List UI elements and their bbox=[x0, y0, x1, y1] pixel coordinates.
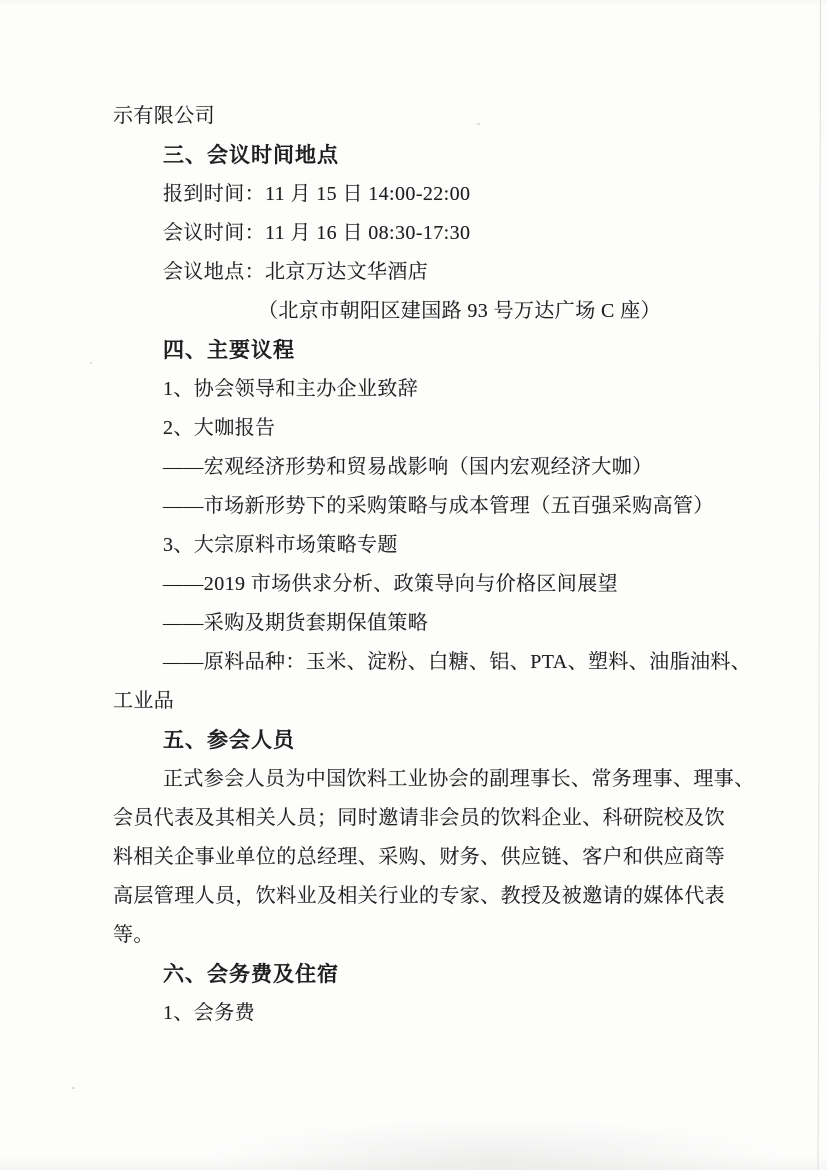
scan-speck bbox=[477, 123, 480, 125]
section-heading-4: 四、主要议程 bbox=[113, 331, 761, 370]
doc-line: ——采购及期货套期保值策略 bbox=[113, 604, 761, 643]
doc-line: 高层管理人员，饮料业及相关行业的专家、教授及被邀请的媒体代表 bbox=[113, 877, 761, 916]
scan-speck bbox=[72, 1087, 75, 1089]
doc-line: ——市场新形势下的采购策略与成本管理（五百强采购高管） bbox=[113, 487, 761, 526]
section-heading-6: 六、会务费及住宿 bbox=[113, 955, 761, 994]
doc-line: 工业品 bbox=[113, 682, 761, 721]
doc-line: 1、会务费 bbox=[113, 994, 761, 1033]
scan-speck bbox=[90, 362, 92, 364]
section-heading-3: 三、会议时间地点 bbox=[113, 136, 761, 175]
section-heading-5: 五、参会人员 bbox=[113, 721, 761, 760]
doc-line: ——宏观经济形势和贸易战影响（国内宏观经济大咖） bbox=[113, 448, 761, 487]
document-page: 示有限公司 三、会议时间地点 报到时间：11 月 15 日 14:00-22:0… bbox=[0, 0, 827, 1170]
document-content: 示有限公司 三、会议时间地点 报到时间：11 月 15 日 14:00-22:0… bbox=[113, 97, 761, 1033]
doc-line: ——原料品种：玉米、淀粉、白糖、铝、PTA、塑料、油脂油料、 bbox=[113, 643, 761, 682]
doc-line: 会员代表及其相关人员；同时邀请非会员的饮料企业、科研院校及饮 bbox=[113, 799, 761, 838]
doc-line: ——2019 市场供求分析、政策导向与价格区间展望 bbox=[113, 565, 761, 604]
doc-line: 正式参会人员为中国饮料工业协会的副理事长、常务理事、理事、 bbox=[113, 760, 761, 799]
doc-line: 1、协会领导和主办企业致辞 bbox=[113, 370, 761, 409]
scan-artifact-line bbox=[818, 0, 821, 1170]
doc-line: 会议时间：11 月 16 日 08:30-17:30 bbox=[113, 214, 761, 253]
doc-line: 料相关企事业单位的总经理、采购、财务、供应链、客户和供应商等 bbox=[113, 838, 761, 877]
doc-line: 报到时间：11 月 15 日 14:00-22:00 bbox=[113, 175, 761, 214]
doc-line-continuation: 示有限公司 bbox=[113, 97, 761, 136]
scan-speck bbox=[498, 317, 501, 319]
doc-line: 3、大宗原料市场策略专题 bbox=[113, 526, 761, 565]
doc-line: 等。 bbox=[113, 916, 761, 955]
doc-line: 会议地点：北京万达文华酒店 bbox=[113, 253, 761, 292]
doc-line: 2、大咖报告 bbox=[113, 409, 761, 448]
doc-line-address: （北京市朝阳区建国路 93 号万达广场 C 座） bbox=[113, 292, 761, 331]
